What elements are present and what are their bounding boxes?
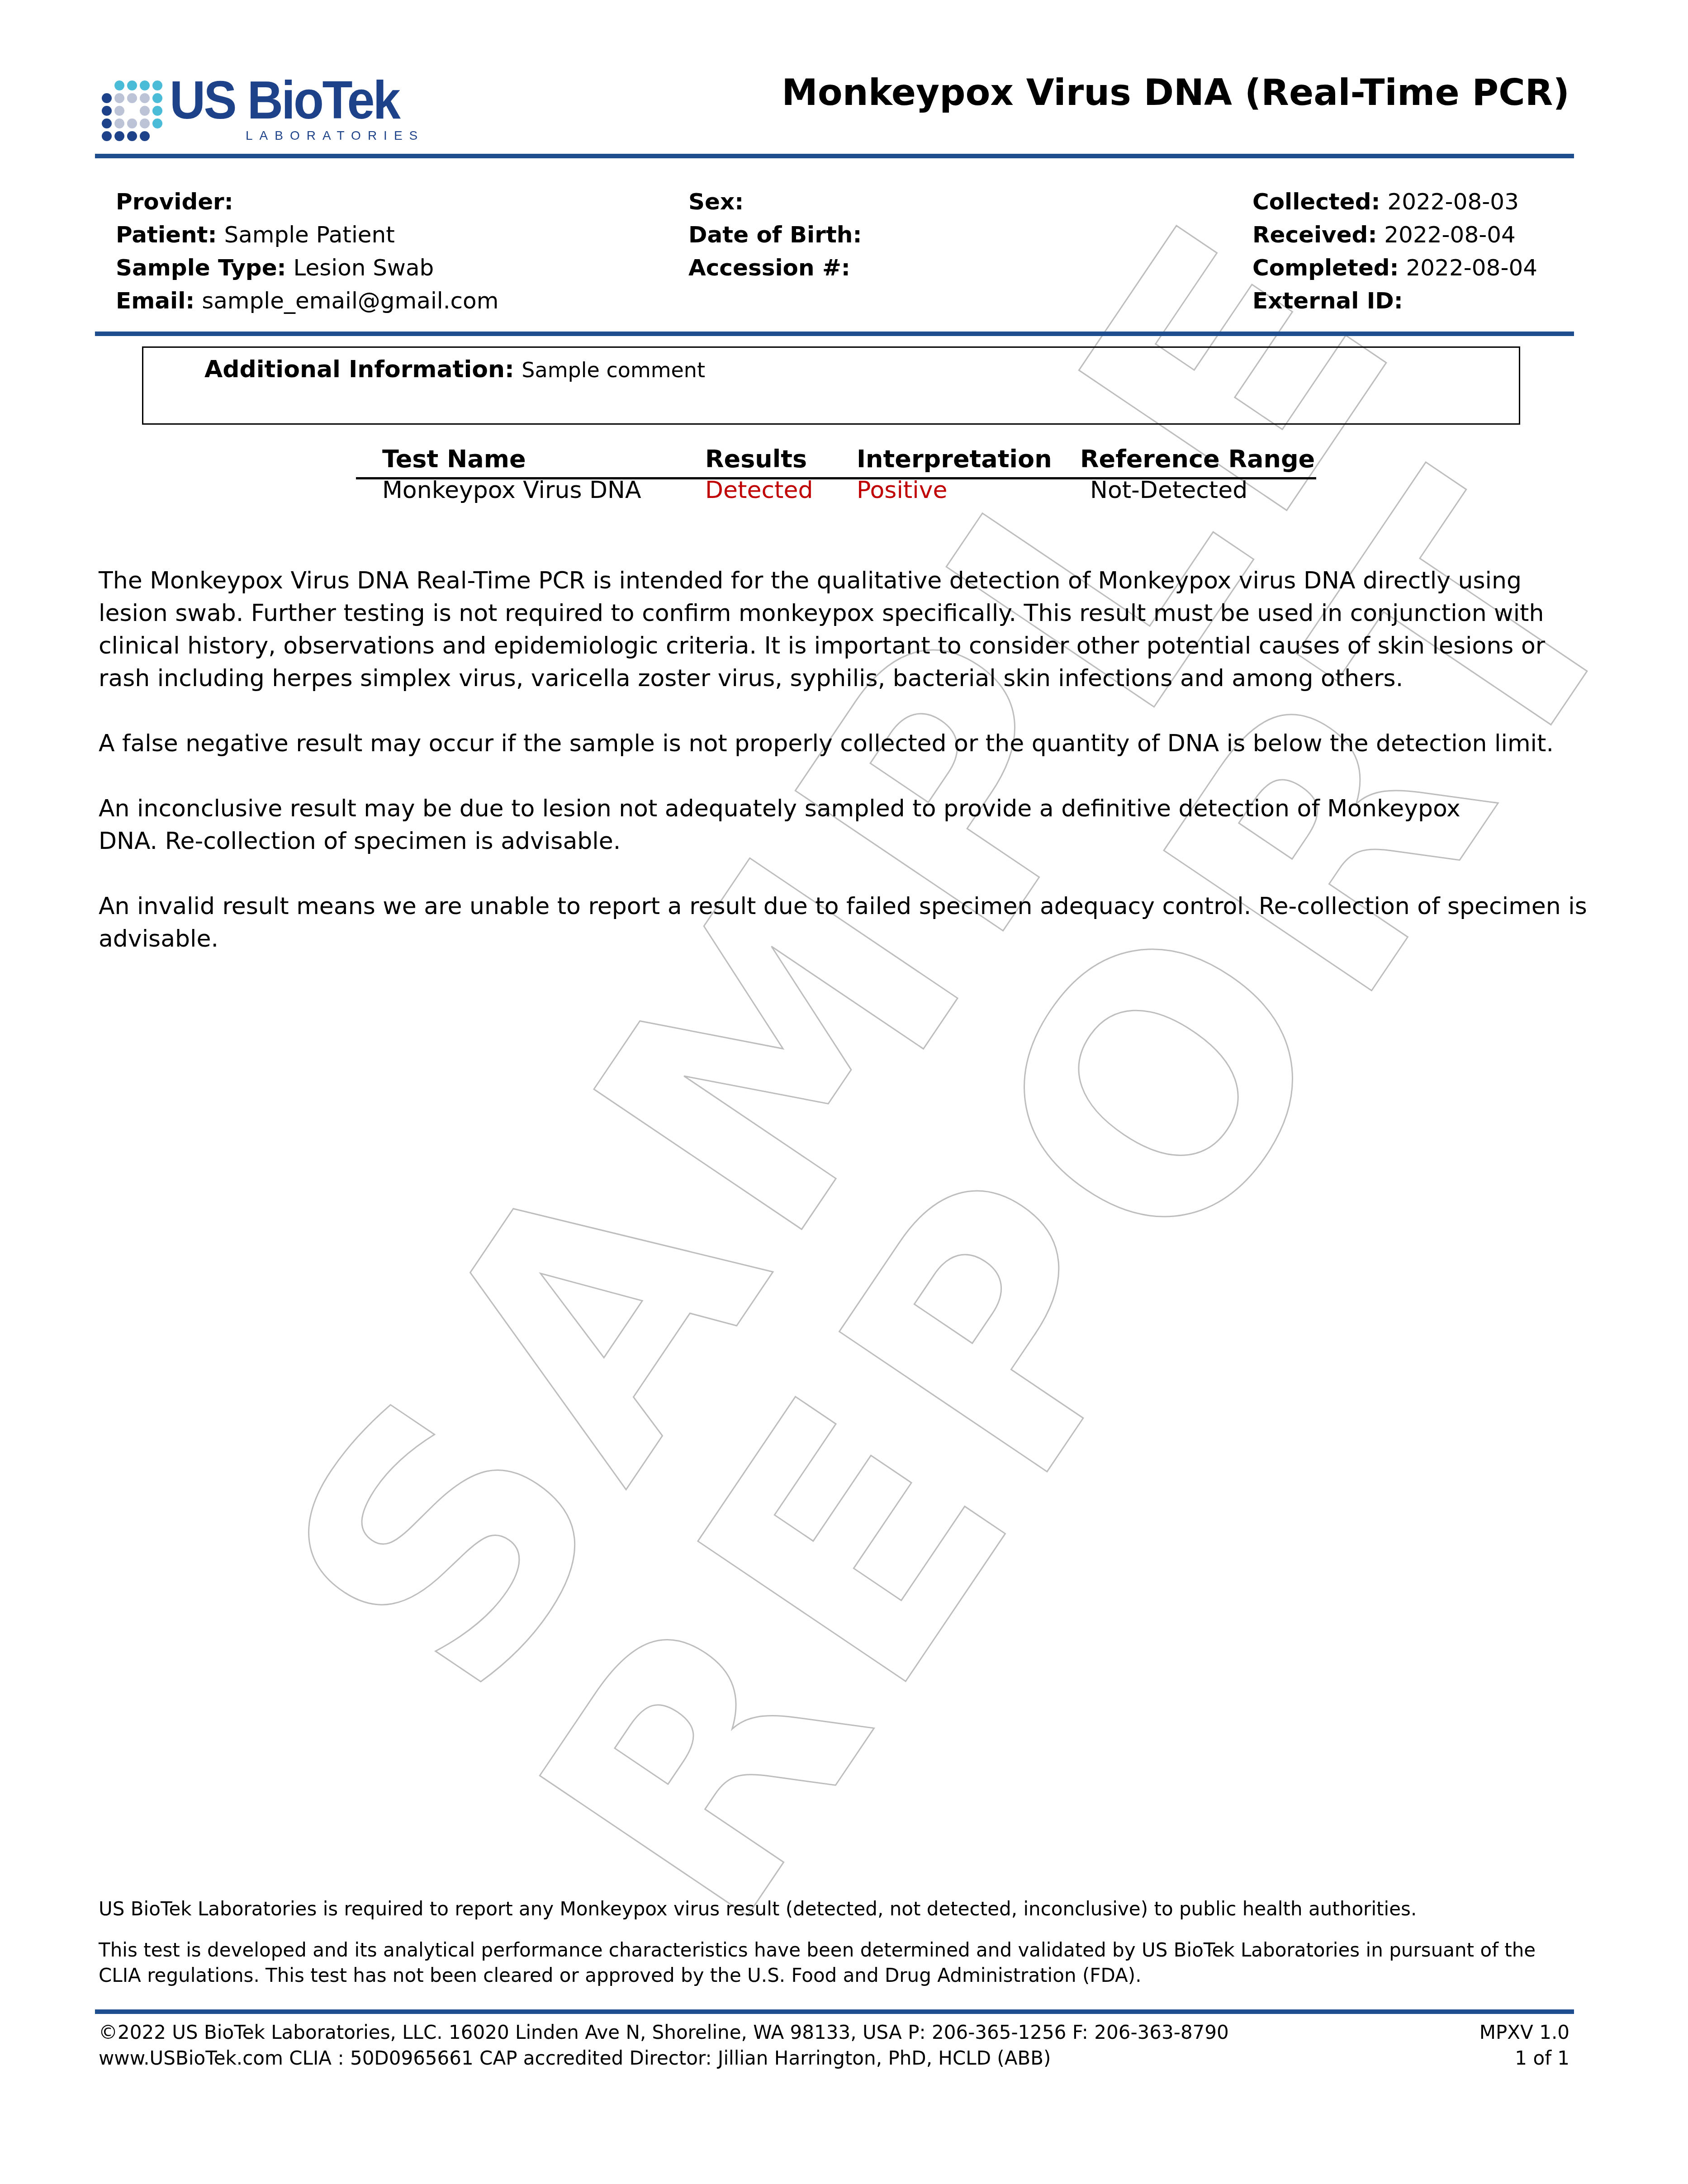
paragraph-false-negative: A false negative result may occur if the… — [99, 727, 1591, 760]
paragraph-intended-use: The Monkeypox Virus DNA Real-Time PCR is… — [99, 564, 1591, 695]
paragraph-invalid: An invalid result means we are unable to… — [99, 890, 1591, 955]
footer-page-number: 1 of 1 — [1515, 2046, 1569, 2070]
info-rule — [95, 332, 1574, 336]
logo-dot — [114, 93, 124, 103]
cell-test-name: Monkeypox Virus DNA — [382, 477, 641, 504]
info-field: Collected: 2022-08-03 — [1252, 185, 1537, 218]
logo-dot — [127, 131, 137, 141]
info-label: Collected: — [1252, 189, 1380, 215]
col-header-test-name: Test Name — [382, 445, 526, 473]
col-header-reference-range: Reference Range — [1080, 445, 1315, 473]
info-field: Patient: Sample Patient — [116, 218, 498, 251]
logo-subtitle: LABORATORIES — [246, 128, 424, 143]
info-field: Sample Type: Lesion Swab — [116, 251, 498, 284]
note-public-health: US BioTek Laboratories is required to re… — [99, 1896, 1417, 1921]
cell-reference-range: Not-Detected — [1090, 477, 1247, 504]
patient-info-col2: Sex:Date of Birth:Accession #: — [688, 185, 862, 284]
info-field: Sex: — [688, 185, 862, 218]
logo-dot — [114, 118, 124, 128]
logo-dot — [140, 131, 150, 141]
info-label: Received: — [1252, 222, 1377, 248]
footer-doc-code: MPXV 1.0 — [1479, 2020, 1569, 2045]
logo-dot — [102, 93, 112, 103]
info-field: Provider: — [116, 185, 498, 218]
patient-info-col1: Provider:Patient: Sample PatientSample T… — [116, 185, 498, 317]
logo-wordmark: US BioTek — [170, 70, 399, 131]
info-field: Date of Birth: — [688, 218, 862, 251]
logo-dot — [114, 131, 124, 141]
logo-dot — [152, 81, 162, 90]
logo-dot — [152, 106, 162, 116]
logo-dots-icon — [102, 81, 161, 140]
company-logo: US BioTek LABORATORIES — [102, 75, 432, 145]
info-field: Completed: 2022-08-04 — [1252, 251, 1537, 284]
footer-rule — [95, 2009, 1574, 2014]
note-ldt-line1: This test is developed and its analytica… — [99, 1938, 1536, 1962]
info-field: Received: 2022-08-04 — [1252, 218, 1537, 251]
logo-dot — [114, 81, 124, 90]
info-label: Completed: — [1252, 255, 1399, 281]
cell-result: Detected — [705, 477, 813, 504]
logo-dot — [140, 106, 150, 116]
logo-dot — [102, 106, 112, 116]
note-ldt-line2: CLIA regulations. This test has not been… — [99, 1963, 1142, 1988]
additional-info-value: Sample comment — [522, 358, 705, 382]
info-value: sample_email@gmail.com — [194, 288, 498, 314]
info-field: Email: sample_email@gmail.com — [116, 284, 498, 317]
info-label: Sex: — [688, 189, 744, 215]
logo-dot — [152, 118, 162, 128]
paragraph-inconclusive: An inconclusive result may be due to les… — [99, 792, 1510, 857]
patient-info-col3: Collected: 2022-08-03Received: 2022-08-0… — [1252, 185, 1537, 317]
col-header-results: Results — [705, 445, 807, 473]
info-label: Provider: — [116, 189, 233, 215]
logo-dot — [102, 118, 112, 128]
header-rule — [95, 154, 1574, 158]
info-field: External ID: — [1252, 284, 1537, 317]
info-label: Patient: — [116, 222, 217, 248]
info-value: 2022-08-04 — [1377, 222, 1515, 248]
info-value: Sample Patient — [217, 222, 395, 248]
footer-accreditation: www.USBioTek.com CLIA : 50D0965661 CAP a… — [99, 2046, 1051, 2070]
logo-dot — [127, 93, 137, 103]
info-label: External ID: — [1252, 288, 1403, 314]
logo-dot — [152, 93, 162, 103]
info-value: Lesion Swab — [286, 255, 434, 281]
info-value: 2022-08-04 — [1399, 255, 1537, 281]
cell-interpretation: Positive — [857, 477, 947, 504]
info-label: Email: — [116, 288, 194, 314]
footer-address: ©2022 US BioTek Laboratories, LLC. 16020… — [99, 2020, 1229, 2045]
logo-dot — [127, 81, 137, 90]
logo-dot — [140, 81, 150, 90]
logo-dot — [114, 106, 124, 116]
info-field: Accession #: — [688, 251, 862, 284]
logo-dot — [140, 93, 150, 103]
additional-info-box: Additional Information: Sample comment — [142, 346, 1520, 425]
logo-dot — [127, 118, 137, 128]
info-label: Accession #: — [688, 255, 850, 281]
logo-dot — [140, 118, 150, 128]
info-label: Sample Type: — [116, 255, 286, 281]
info-value: 2022-08-03 — [1380, 189, 1518, 215]
logo-dot — [102, 131, 112, 141]
report-title: Monkeypox Virus DNA (Real-Time PCR) — [782, 71, 1569, 114]
info-label: Date of Birth: — [688, 222, 862, 248]
col-header-interpretation: Interpretation — [857, 445, 1052, 473]
additional-info-label: Additional Information: — [204, 356, 514, 383]
